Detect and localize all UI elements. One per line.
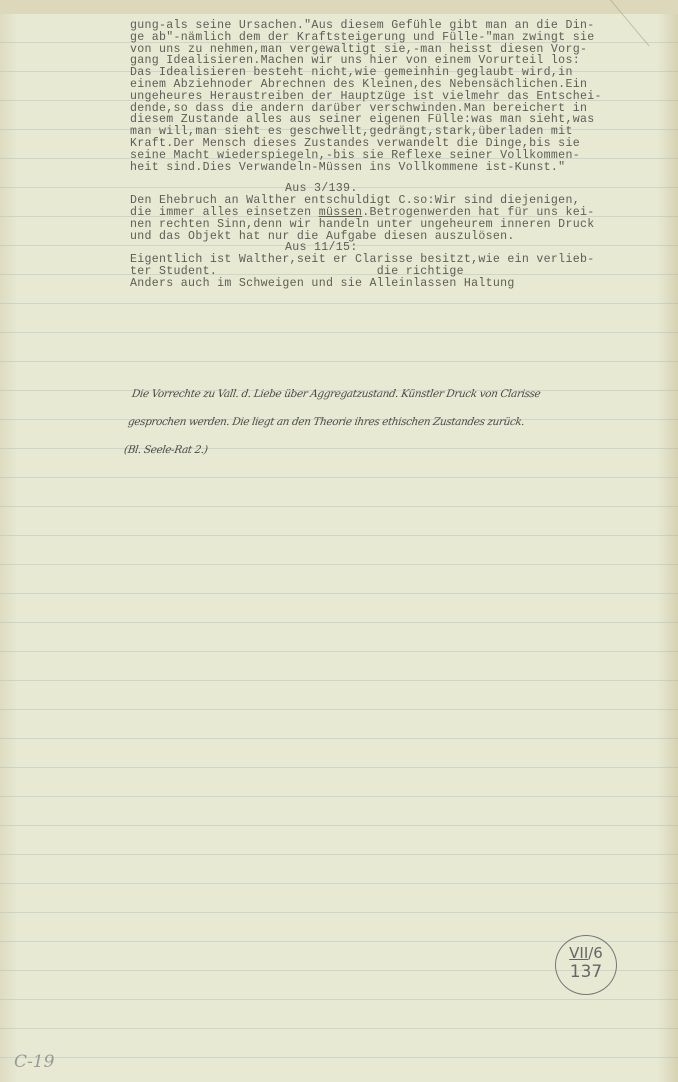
section-aus-3-139: Aus 3/139. Den Ehebruch an Walther entsc… bbox=[130, 183, 675, 242]
handwritten-line: gesprochen werden. Die liegt an den Theo… bbox=[126, 408, 678, 436]
typed-paragraph-nietzsche-quote: gung-als seine Ursachen."Aus diesem Gefü… bbox=[130, 20, 675, 173]
typed-text: .Betrogenwerden hat für uns kei- bbox=[362, 206, 594, 219]
stamp-volume-roman: VII bbox=[569, 944, 588, 962]
typed-text: die immer alles einsetzen bbox=[130, 206, 319, 219]
typed-line: die immer alles einsetzen müssen.Betroge… bbox=[130, 207, 675, 219]
handwritten-note: Die Vorrechte zu Vall. d. Liebe über Agg… bbox=[122, 380, 678, 464]
typewritten-text: gung-als seine Ursachen."Aus diesem Gefü… bbox=[130, 20, 675, 290]
typed-line: nen rechten Sinn,denn wir handeln unter … bbox=[130, 219, 675, 231]
stamp-part: /6 bbox=[588, 944, 603, 962]
section-aus-11-15: Aus 11/15: Eigentlich ist Walther,seit e… bbox=[130, 242, 675, 289]
typed-line: Kraft.Der Mensch dieses Zustandes verwan… bbox=[130, 138, 675, 150]
typed-line: heit sind.Dies Verwandeln-Müssen ins Vol… bbox=[130, 162, 675, 174]
typed-line: einem Abziehnoder Abrechnen des Kleinen,… bbox=[130, 79, 675, 91]
typed-line: ge ab"-nämlich dem der Kraftsteigerung u… bbox=[130, 32, 675, 44]
spacer bbox=[130, 173, 675, 183]
archive-corner-mark: C-19 bbox=[14, 1052, 54, 1072]
typed-line: ungeheures Heraustreiben der Hauptzüge i… bbox=[130, 91, 675, 103]
typed-line: ter Student. die richtige bbox=[130, 266, 675, 278]
typed-line: und das Objekt hat nur die Aufgabe diese… bbox=[130, 231, 675, 243]
handwritten-line: Die Vorrechte zu Vall. d. Liebe über Agg… bbox=[130, 380, 678, 408]
typed-line: seine Macht wiederspiegeln,-bis sie Refl… bbox=[130, 150, 675, 162]
typed-line: Anders auch im Schweigen und sie Alleinl… bbox=[130, 278, 675, 290]
handwritten-line: (Bl. Seele-Rat 2.) bbox=[122, 436, 676, 464]
manuscript-page: gung-als seine Ursachen."Aus diesem Gefü… bbox=[0, 0, 678, 1082]
underlined-word: müssen bbox=[319, 206, 363, 219]
page-top-edge bbox=[0, 0, 678, 14]
stamp-volume: VII/6 bbox=[556, 944, 616, 962]
archive-page-stamp: VII/6 137 bbox=[555, 935, 617, 995]
stamp-page-number: 137 bbox=[556, 962, 616, 982]
